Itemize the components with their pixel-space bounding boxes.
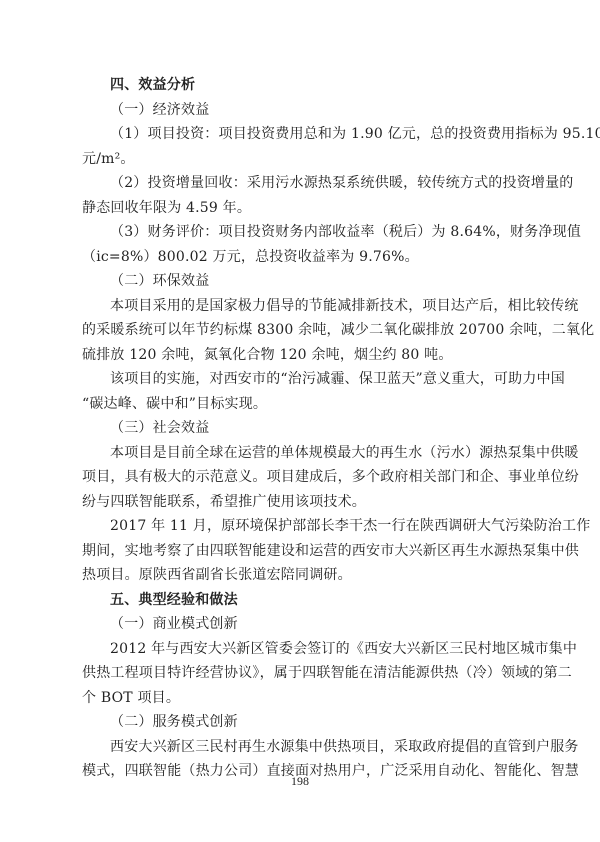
text-line: 热项目。原陕西省副省长张道宏陪同调研。 [82, 565, 522, 585]
text-line: 供热工程项目特许经营协议》，属于四联智能在清洁能源供热（冷）领域的第二 [82, 663, 522, 683]
text-line: 静态回收年限为 4.59 年。 [82, 198, 522, 218]
text-line: 西安大兴新区三民村再生水源集中供热项目，采取政府提倡的直管到户服务 [110, 737, 522, 757]
text-line: 本项目采用的是国家极力倡导的节能减排新技术，项目达产后，相比较传统 [110, 296, 522, 316]
text-line: 期间，实地考察了由四联智能建设和运营的西安市大兴新区再生水源热泵集中供 [82, 541, 522, 561]
text-line: （二）环保效益 [110, 271, 522, 291]
text-line: （1）项目投资：项目投资费用总和为 1.90 亿元，总的投资费用指标为 95.1… [110, 124, 522, 144]
text-line: 该项目的实施，对西安市的“治污减霾、保卫蓝天”意义重大，可助力中国 [110, 369, 522, 389]
text-line: 硫排放 120 余吨，氮氧化合物 120 余吨，烟尘约 80 吨。 [82, 345, 522, 365]
text-line: 项目，具有极大的示范意义。项目建成后，多个政府相关部门和企、事业单位纷 [82, 467, 522, 487]
section-heading: 五、典型经验和做法 [110, 590, 550, 610]
text-line: 纷与四联智能联系，希望推广使用该项技术。 [82, 492, 522, 512]
text-line: （ic=8%）800.02 万元，总投资收益率为 9.76%。 [82, 247, 522, 267]
text-line: （2）投资增量回收：采用污水源热泵系统供暖，较传统方式的投资增量的 [110, 173, 522, 193]
text-line: 2012 年与西安大兴新区管委会签订的《西安大兴新区三民村地区城市集中 [110, 639, 522, 659]
text-line: 本项目是目前全球在运营的单体规模最大的再生水（污水）源热泵集中供暖 [110, 443, 522, 463]
text-line: 元/m²。 [82, 149, 522, 169]
text-line: （一）商业模式创新 [110, 614, 522, 634]
page-number: 198 [0, 774, 600, 789]
text-line: （二）服务模式创新 [110, 712, 522, 732]
text-line: 的采暖系统可以年节约标煤 8300 余吨，减少二氧化碳排放 20700 余吨，二… [82, 320, 522, 340]
text-line: 2017 年 11 月，原环境保护部部长李干杰一行在陕西调研大气污染防治工作 [110, 516, 522, 536]
text-line: （三）社会效益 [110, 418, 522, 438]
document-page: 四、效益分析（一）经济效益（1）项目投资：项目投资费用总和为 1.90 亿元，总… [0, 0, 600, 842]
section-heading: 四、效益分析 [110, 75, 550, 95]
text-line: “碳达峰、碳中和”目标实现。 [82, 394, 522, 414]
text-line: （一）经济效益 [110, 100, 522, 120]
text-line: （3）财务评价：项目投资财务内部收益率（税后）为 8.64%，财务净现值 [110, 222, 522, 242]
text-line: 个 BOT 项目。 [82, 688, 522, 708]
